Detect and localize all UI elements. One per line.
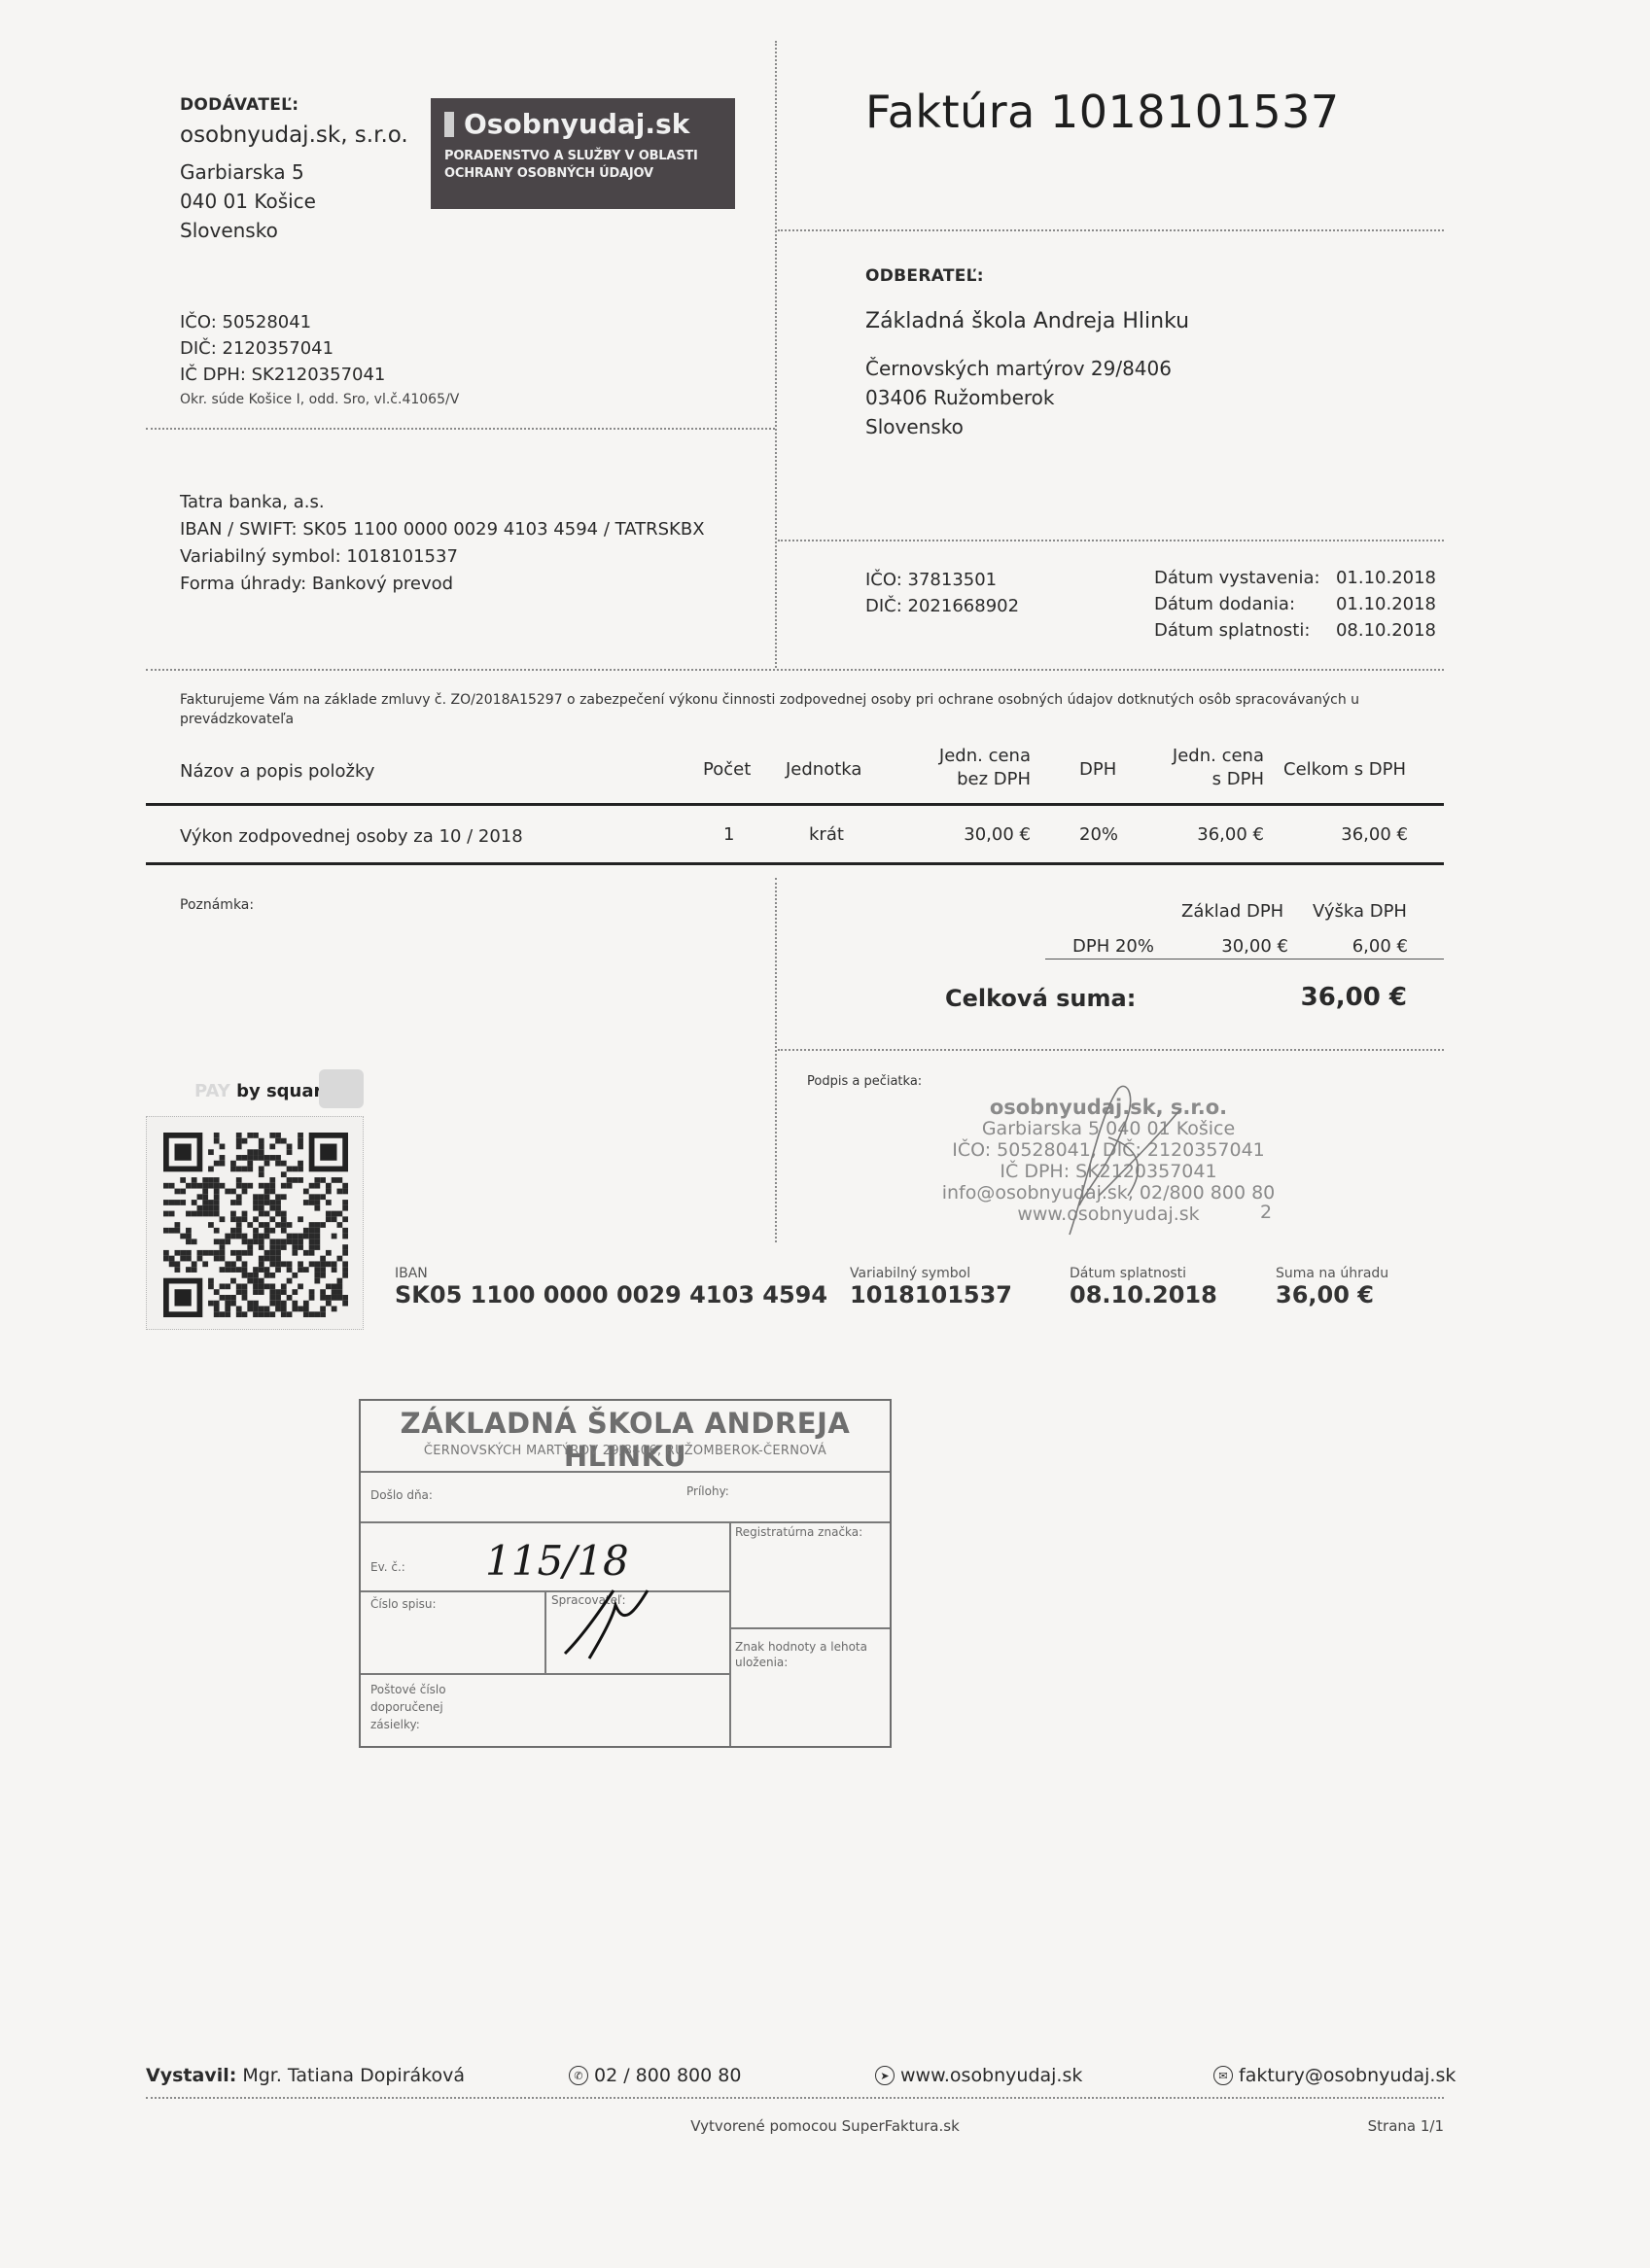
divider-title: [778, 229, 1444, 231]
col-price-incl-header-line1: Jedn. cena: [1138, 745, 1264, 768]
payment-iban: IBAN SK05 1100 0000 0029 4103 4594: [395, 1266, 827, 1308]
item-unit: krát: [809, 824, 844, 845]
phone-icon: ✆: [569, 2066, 588, 2085]
stamp-registry-label: Registratúrna značka:: [735, 1525, 886, 1539]
total-value: 36,00 €: [1301, 983, 1407, 1012]
customer-dic: DIČ: 2021668902: [865, 593, 1019, 619]
logo-mark-icon: [444, 112, 454, 137]
bank-payment-method: Forma úhrady: Bankový prevod: [180, 571, 705, 598]
footer-email[interactable]: ✉ faktury@osobnyudaj.sk: [1213, 2065, 1456, 2086]
col-vat-header: DPH: [1079, 758, 1116, 782]
col-name-header: Názov a popis položky: [180, 760, 374, 784]
stamp-ev-label: Ev. č.:: [370, 1560, 405, 1574]
footer-phone-text: 02 / 800 800 80: [594, 2065, 741, 2086]
stamp-ev-handwritten: 115/18: [485, 1537, 629, 1585]
company-logo: Osobnyudaj.sk PORADENSTVO A SLUŽBY V OBL…: [431, 98, 735, 209]
vat-base: 30,00 €: [1167, 933, 1288, 960]
divider-vertical-bottom: [775, 878, 777, 1242]
invoice-title: Faktúra 1018101537: [865, 86, 1340, 138]
processor-signature-icon: [555, 1586, 652, 1663]
total-label: Celková suma:: [945, 985, 1136, 1012]
payment-due-label: Dátum splatnosti: [1070, 1266, 1217, 1281]
col-qty-header: Počet: [703, 758, 751, 782]
customer-ids: IČO: 37813501 DIČ: 2021668902: [865, 567, 1019, 619]
item-price-excl: 30,00 €: [904, 824, 1031, 845]
vat-amount: 6,00 €: [1303, 933, 1408, 960]
vat-base-header: Základ DPH: [1181, 898, 1283, 925]
payment-vs-label: Variabilný symbol: [850, 1266, 1012, 1281]
supplier-label: DODÁVATEĽ:: [180, 95, 298, 115]
bank-name: Tatra banka, a.s.: [180, 489, 705, 516]
date-issued-label: Dátum vystavenia:: [1154, 565, 1320, 591]
supplier-registry: Okr. súde Košice I, odd. Sro, vl.č.41065…: [180, 392, 459, 407]
supplier-dic: DIČ: 2120357041: [180, 335, 385, 362]
customer-label: ODBERATEĽ:: [865, 266, 984, 286]
stamp-file-label: Číslo spisu:: [370, 1597, 437, 1611]
customer-city: 03406 Ružomberok: [865, 383, 1172, 412]
bank-variable-symbol: Variabilný symbol: 1018101537: [180, 543, 705, 571]
item-total: 36,00 €: [1283, 824, 1408, 845]
supplier-street: Garbiarska 5: [180, 157, 316, 187]
signature-scribble-icon: [1011, 1079, 1206, 1244]
stamp-subtitle: ČERNOVSKÝCH MARTÝROV 29/8406, RUŽOMBEROK…: [367, 1444, 884, 1458]
payment-amount-value: 36,00 €: [1276, 1281, 1388, 1308]
stamp-retention-label: Znak hodnoty a lehota uloženia:: [735, 1639, 881, 1670]
footer-page: Strana 1/1: [1368, 2117, 1444, 2135]
footer-issued-by-name: Mgr. Tatiana Dopiráková: [242, 2065, 465, 2086]
supplier-ico: IČO: 50528041: [180, 309, 385, 335]
footer-web[interactable]: ➤ www.osobnyudaj.sk: [875, 2065, 1082, 2086]
vat-amount-header: Výška DPH: [1313, 898, 1407, 925]
customer-street: Černovských martýrov 29/8406: [865, 354, 1172, 383]
divider-vertical-top: [775, 41, 777, 668]
supplier-city: 040 01 Košice: [180, 187, 316, 216]
logo-brand: Osobnyudaj.sk: [464, 108, 689, 140]
customer-country: Slovensko: [865, 412, 1172, 441]
date-delivered-label: Dátum dodania:: [1154, 591, 1320, 617]
col-price-incl-header: Jedn. cena s DPH: [1138, 745, 1264, 791]
pay-by-square-badge-icon: [319, 1069, 364, 1108]
item-qty: 1: [723, 824, 734, 845]
bank-iban-swift: IBAN / SWIFT: SK05 1100 0000 0029 4103 4…: [180, 516, 705, 543]
invoice-intro: Fakturujeme Vám na základe zmluvy č. ZO/…: [180, 690, 1395, 729]
payment-due: Dátum splatnosti 08.10.2018: [1070, 1266, 1217, 1308]
date-due-label: Dátum splatnosti:: [1154, 617, 1320, 644]
supplier-name: osobnyudaj.sk, s.r.o.: [180, 122, 408, 148]
item-vat: 20%: [1079, 824, 1118, 845]
footer-email-text: faktury@osobnyudaj.sk: [1239, 2065, 1456, 2086]
col-price-excl-header-line1: Jedn. cena: [904, 745, 1031, 768]
stamp-attachments-label: Prílohy:: [686, 1484, 729, 1498]
cursor-icon: ➤: [875, 2066, 895, 2085]
footer-phone[interactable]: ✆ 02 / 800 800 80: [569, 2065, 741, 2086]
signature-label: Podpis a pečiatka:: [807, 1074, 922, 1089]
pay-by-square-label: PAY by square: [194, 1081, 334, 1101]
logo-tagline-1: PORADENSTVO A SLUŽBY V OBLASTI: [444, 148, 721, 165]
payment-vs: Variabilný symbol 1018101537: [850, 1266, 1012, 1308]
col-total-header: Celkom s DPH: [1283, 758, 1406, 782]
divider-customer: [778, 540, 1444, 541]
item-name: Výkon zodpovednej osoby za 10 / 2018: [180, 826, 523, 847]
divider-supplier: [146, 428, 775, 430]
date-delivered-value: 01.10.2018: [1336, 591, 1436, 617]
divider-footer: [146, 2097, 1444, 2099]
payment-amount: Suma na úhradu 36,00 €: [1276, 1266, 1388, 1308]
dates-values: 01.10.2018 01.10.2018 08.10.2018: [1336, 565, 1436, 644]
supplier-ids: IČO: 50528041 DIČ: 2120357041 IČ DPH: SK…: [180, 309, 385, 388]
col-price-incl-header-line2: s DPH: [1138, 768, 1264, 791]
seal-number: 2: [1260, 1202, 1272, 1223]
table-header-rule: [146, 803, 1444, 806]
payment-due-value: 08.10.2018: [1070, 1281, 1217, 1308]
mail-icon: ✉: [1213, 2066, 1233, 2085]
logo-tagline-2: OCHRANY OSOBNÝCH ÚDAJOV: [444, 165, 721, 183]
vat-summary-rule: [1045, 959, 1444, 960]
stamp-postal-label: Poštové číslo doporučenej zásielky:: [370, 1681, 468, 1733]
item-price-incl: 36,00 €: [1138, 824, 1264, 845]
date-due-value: 08.10.2018: [1336, 617, 1436, 644]
supplier-country: Slovensko: [180, 216, 316, 245]
footer-issued-by: Vystavil: Mgr. Tatiana Dopiráková: [146, 2065, 465, 2086]
payment-amount-label: Suma na úhradu: [1276, 1266, 1388, 1281]
date-issued-value: 01.10.2018: [1336, 565, 1436, 591]
bank-info: Tatra banka, a.s. IBAN / SWIFT: SK05 110…: [180, 489, 705, 598]
footer-issued-by-label: Vystavil:: [146, 2065, 236, 2086]
supplier-icdph: IČ DPH: SK2120357041: [180, 362, 385, 388]
note-label: Poznámka:: [180, 897, 254, 913]
divider-header: [146, 669, 1444, 671]
payment-iban-label: IBAN: [395, 1266, 827, 1281]
stamp-title: ZÁKLADNÁ ŠKOLA ANDREJA HLINKU: [367, 1407, 884, 1473]
payment-vs-value: 1018101537: [850, 1281, 1012, 1308]
divider-total: [778, 1049, 1444, 1051]
dates-labels: Dátum vystavenia: Dátum dodania: Dátum s…: [1154, 565, 1320, 644]
qr-code-frame: [146, 1116, 364, 1330]
customer-address: Černovských martýrov 29/8406 03406 Ružom…: [865, 354, 1172, 441]
col-price-excl-header: Jedn. cena bez DPH: [904, 745, 1031, 791]
col-unit-header: Jednotka: [786, 758, 861, 782]
col-price-excl-header-line2: bez DPH: [904, 768, 1031, 791]
table-bottom-rule: [146, 862, 1444, 865]
vat-rate: DPH 20%: [1072, 933, 1154, 960]
payment-iban-value: SK05 1100 0000 0029 4103 4594: [395, 1281, 827, 1308]
pay-prefix: PAY: [194, 1081, 230, 1101]
supplier-address: Garbiarska 5 040 01 Košice Slovensko: [180, 157, 316, 245]
customer-name: Základná škola Andreja Hlinku: [865, 309, 1189, 333]
stamp-received-label: Došlo dňa:: [370, 1488, 433, 1502]
received-stamp: ZÁKLADNÁ ŠKOLA ANDREJA HLINKU ČERNOVSKÝC…: [359, 1399, 892, 1748]
customer-ico: IČO: 37813501: [865, 567, 1019, 593]
footer-web-text: www.osobnyudaj.sk: [900, 2065, 1082, 2086]
qr-code-icon: [163, 1133, 348, 1317]
